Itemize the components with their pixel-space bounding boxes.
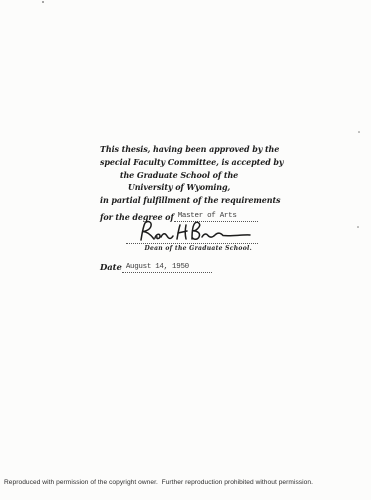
approval-line: the Graduate School of the [100, 169, 258, 182]
approval-line: University of Wyoming, [100, 181, 258, 194]
signature-area [100, 223, 258, 244]
scan-speck [42, 1, 44, 3]
date-typed-value: August 14, 1950 [126, 263, 189, 271]
approval-line: This thesis, having been approved by the [100, 143, 258, 156]
approval-line: special Faculty Committee, is accepted b… [100, 156, 258, 169]
signature-caption: Dean of the Graduate School. [100, 245, 258, 252]
scanned-thesis-approval-page: This thesis, having been approved by the… [0, 0, 371, 500]
copyright-footer: Reproduced with permission of the copyri… [4, 479, 313, 486]
date-line: Date August 14, 1950 [100, 260, 212, 273]
date-blank-line: August 14, 1950 [122, 261, 212, 273]
approval-statement-block: This thesis, having been approved by the… [100, 143, 258, 273]
scan-speck [358, 131, 360, 133]
date-label: Date [100, 263, 122, 273]
scan-speck [357, 226, 359, 228]
dean-signature-icon [132, 218, 254, 245]
approval-line: in partial fulfillment of the requiremen… [100, 194, 258, 207]
